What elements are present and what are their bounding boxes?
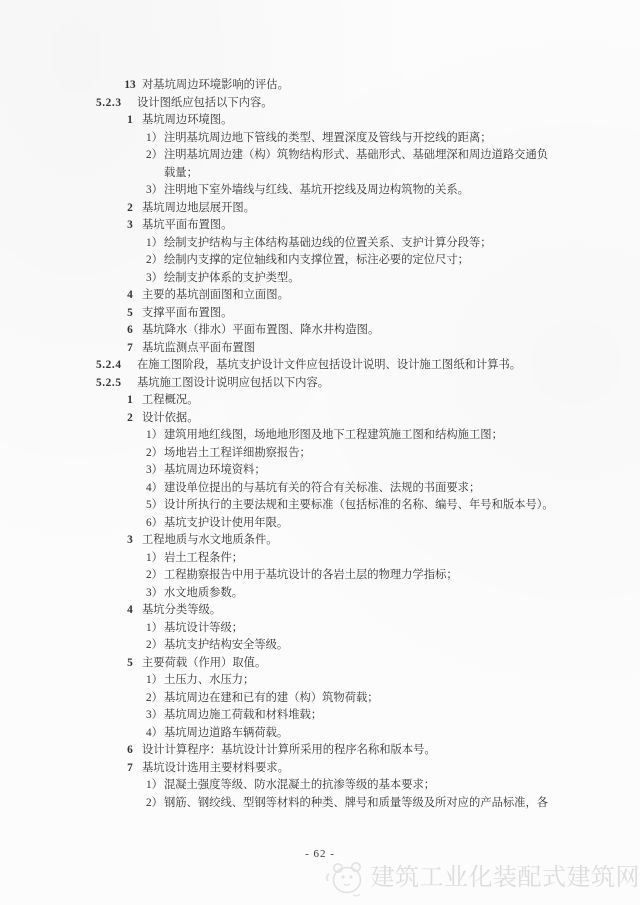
line-text: 绘制支护体系的支护类型。 bbox=[164, 270, 300, 288]
line-number: 2） bbox=[146, 637, 163, 655]
line-number: 3） bbox=[146, 270, 163, 288]
item-line: 7基坑监测点平面布置图 bbox=[96, 340, 556, 358]
line-text: 基坑平面布置图。 bbox=[142, 217, 232, 235]
line-number: 2 bbox=[122, 410, 138, 428]
line-number: 3） bbox=[146, 462, 163, 480]
line-number: 1） bbox=[146, 550, 163, 568]
line-number: 2） bbox=[146, 795, 163, 813]
line-number: 5 bbox=[122, 305, 138, 323]
sub-line: 2）钢筋、钢绞线、型钢等材料的种类、牌号和质量等级及所对应的产品标准，各 bbox=[96, 795, 556, 813]
sub-line: 3）注明地下室外墙线与红线、基坑开挖线及周边构筑物的关系。 bbox=[96, 182, 556, 200]
clause-line: 5.2.4在施工图阶段，基坑支护设计文件应包括设计说明、设计施工图纸和计算书。 bbox=[96, 357, 556, 375]
sub-line: 1）建筑用地红线图，场地地形图及地下工程建筑施工图和结构施工图； bbox=[96, 427, 556, 445]
item-line: 1基坑周边环境图。 bbox=[96, 112, 556, 130]
watermark-text: 建筑工业化装配式建筑网 bbox=[371, 856, 640, 900]
line-text: 基坑周边在建和已有的建（构）筑物荷载； bbox=[164, 690, 379, 708]
line-text: 注明基坑周边地下管线的类型、埋置深度及管线与开挖线的距离； bbox=[164, 130, 492, 148]
item-line: 5主要荷载（作用）取值。 bbox=[96, 655, 556, 673]
line-text: 基坑支护设计使用年限。 bbox=[164, 515, 288, 533]
line-number: 5） bbox=[146, 497, 163, 515]
sub-line: 1）混凝土强度等级、防水混凝土的抗渗等级的基本要求； bbox=[96, 777, 556, 795]
line-text: 主要的基坑剖面图和立面图。 bbox=[142, 287, 289, 305]
line-text: 基坑支护结构安全等级。 bbox=[164, 637, 288, 655]
line-number: 6） bbox=[146, 515, 163, 533]
line-text: 基坑设计等级； bbox=[164, 620, 243, 638]
sub-line: 3）水文地质参数。 bbox=[96, 585, 556, 603]
item-line: 6设计计算程序：基坑设计计算所采用的程序名称和版本号。 bbox=[96, 742, 556, 760]
line-number: 3） bbox=[146, 707, 163, 725]
item-line: 1工程概况。 bbox=[96, 392, 556, 410]
line-text: 基坑降水（排水）平面布置图、降水井构造图。 bbox=[142, 322, 379, 340]
item-line: 3基坑平面布置图。 bbox=[96, 217, 556, 235]
line-text: 建筑用地红线图，场地地形图及地下工程建筑施工图和结构施工图； bbox=[164, 427, 503, 445]
line-number: 2） bbox=[146, 567, 163, 585]
line-text: 绘制支护结构与主体结构基础边线的位置关系、支护计算分段等； bbox=[164, 235, 492, 253]
line-number: 1） bbox=[146, 130, 163, 148]
line-number: 2） bbox=[146, 252, 163, 270]
line-text: 在施工图阶段，基坑支护设计文件应包括设计说明、设计施工图纸和计算书。 bbox=[137, 357, 521, 375]
line-number: 3 bbox=[122, 532, 138, 550]
line-number: 3 bbox=[122, 217, 138, 235]
line-text: 工程勘察报告中用于基坑设计的各岩土层的物理力学指标； bbox=[164, 567, 458, 585]
line-number: 1） bbox=[146, 620, 163, 638]
line-number: 4） bbox=[146, 725, 163, 743]
line-number: 7 bbox=[122, 760, 138, 778]
line-number: 3） bbox=[146, 585, 163, 603]
clause-line: 5.2.3设计图纸应包括以下内容。 bbox=[96, 95, 556, 113]
item-line: 6基坑降水（排水）平面布置图、降水井构造图。 bbox=[96, 322, 556, 340]
line-text: 岩土工程条件； bbox=[164, 550, 243, 568]
line-number: 1 bbox=[122, 112, 138, 130]
line-text: 设计所执行的主要法规和主要标准（包括标准的名称、编号、年号和版本号）。 bbox=[164, 497, 554, 515]
line-number: 4 bbox=[122, 287, 138, 305]
line-text: 土压力、水压力； bbox=[164, 672, 254, 690]
sub-line: 1）绘制支护结构与主体结构基础边线的位置关系、支护计算分段等； bbox=[96, 235, 556, 253]
line-text: 工程地质与水文地质条件。 bbox=[142, 532, 278, 550]
line-number: 2） bbox=[146, 690, 163, 708]
line-number: 6 bbox=[122, 742, 138, 760]
line-text: 支撑平面布置图。 bbox=[142, 305, 232, 323]
line-number: 2 bbox=[122, 200, 138, 218]
line-text: 基坑周边地层展开图。 bbox=[142, 200, 255, 218]
line-number: 2） bbox=[146, 147, 163, 165]
line-number: 1） bbox=[146, 427, 163, 445]
document-page: 13对基坑周边环境影响的评估。5.2.3设计图纸应包括以下内容。1基坑周边环境图… bbox=[0, 0, 640, 905]
line-text: 对基坑周边环境影响的评估。 bbox=[142, 77, 289, 95]
sub-line: 5）设计所执行的主要法规和主要标准（包括标准的名称、编号、年号和版本号）。 bbox=[96, 497, 556, 515]
line-number: 1） bbox=[146, 235, 163, 253]
line-text: 基坑周边道路车辆荷载。 bbox=[164, 725, 288, 743]
item-line: 13对基坑周边环境影响的评估。 bbox=[96, 77, 556, 95]
line-text: 基坑监测点平面布置图 bbox=[142, 340, 255, 358]
line-text: 绘制内支撑的定位轴线和内支撑位置，标注必要的定位尺寸； bbox=[164, 252, 469, 270]
watermark: 建筑工业化装配式建筑网 bbox=[323, 856, 640, 900]
line-number: 1） bbox=[146, 672, 163, 690]
mascot-face-icon bbox=[323, 856, 369, 900]
line-number: 13 bbox=[122, 77, 138, 95]
sub-line: 2）基坑周边在建和已有的建（构）筑物荷载； bbox=[96, 690, 556, 708]
sub-line: 4）建设单位提出的与基坑有关的符合有关标准、法规的书面要求； bbox=[96, 480, 556, 498]
line-number: 6 bbox=[122, 322, 138, 340]
document-body: 13对基坑周边环境影响的评估。5.2.3设计图纸应包括以下内容。1基坑周边环境图… bbox=[96, 77, 556, 812]
line-number: 5.2.5 bbox=[96, 375, 137, 393]
item-line: 4主要的基坑剖面图和立面图。 bbox=[96, 287, 556, 305]
line-text: 主要荷载（作用）取值。 bbox=[142, 655, 266, 673]
item-line: 3工程地质与水文地质条件。 bbox=[96, 532, 556, 550]
line-text: 基坑周边施工荷载和材料堆载； bbox=[164, 707, 322, 725]
item-line: 4基坑分类等级。 bbox=[96, 602, 556, 620]
line-text: 基坑周边环境资料； bbox=[164, 462, 266, 480]
line-text: 注明地下室外墙线与红线、基坑开挖线及周边构筑物的关系。 bbox=[164, 182, 469, 200]
line-text: 基坑周边环境图。 bbox=[142, 112, 232, 130]
item-line: 2基坑周边地层展开图。 bbox=[96, 200, 556, 218]
line-text: 设计图纸应包括以下内容。 bbox=[137, 95, 273, 113]
sub-line: 6）基坑支护设计使用年限。 bbox=[96, 515, 556, 533]
item-line: 5支撑平面布置图。 bbox=[96, 305, 556, 323]
line-text: 基坑分类等级。 bbox=[142, 602, 221, 620]
line-text: 设计计算程序：基坑设计计算所采用的程序名称和版本号。 bbox=[142, 742, 436, 760]
line-number: 5 bbox=[122, 655, 138, 673]
line-number: 5.2.3 bbox=[96, 95, 137, 113]
clause-line: 5.2.5基坑施工图设计说明应包括以下内容。 bbox=[96, 375, 556, 393]
item-line: 2设计依据。 bbox=[96, 410, 556, 428]
line-number: 3） bbox=[146, 182, 163, 200]
sub-line: 2）绘制内支撑的定位轴线和内支撑位置，标注必要的定位尺寸； bbox=[96, 252, 556, 270]
sub-line: 3）基坑周边施工荷载和材料堆载； bbox=[96, 707, 556, 725]
line-text: 基坑设计选用主要材料要求。 bbox=[142, 760, 289, 778]
sub-line: 2）场地岩土工程详细勘察报告； bbox=[96, 445, 556, 463]
line-text: 工程概况。 bbox=[142, 392, 199, 410]
line-text: 载量； bbox=[164, 165, 198, 183]
line-number: 1 bbox=[122, 392, 138, 410]
item-line: 7基坑设计选用主要材料要求。 bbox=[96, 760, 556, 778]
line-text: 混凝土强度等级、防水混凝土的抗渗等级的基本要求； bbox=[164, 777, 435, 795]
line-text: 基坑施工图设计说明应包括以下内容。 bbox=[137, 375, 329, 393]
sub-line: 4）基坑周边道路车辆荷载。 bbox=[96, 725, 556, 743]
sub-line: 2）注明基坑周边建（构）筑物结构形式、基础形式、基础埋深和周边道路交通负 bbox=[96, 147, 556, 165]
sub-line: 2）工程勘察报告中用于基坑设计的各岩土层的物理力学指标； bbox=[96, 567, 556, 585]
line-number: 4 bbox=[122, 602, 138, 620]
line-number: 4） bbox=[146, 480, 163, 498]
sub-line: 3）基坑周边环境资料； bbox=[96, 462, 556, 480]
line-text: 注明基坑周边建（构）筑物结构形式、基础形式、基础埋深和周边道路交通负 bbox=[164, 147, 548, 165]
sub-line: 2）基坑支护结构安全等级。 bbox=[96, 637, 556, 655]
line-number: 5.2.4 bbox=[96, 357, 137, 375]
line-text: 场地岩土工程详细勘察报告； bbox=[164, 445, 311, 463]
sub-line: 1）土压力、水压力； bbox=[96, 672, 556, 690]
line-text: 水文地质参数。 bbox=[164, 585, 243, 603]
sub-line: 1）岩土工程条件； bbox=[96, 550, 556, 568]
sub-line: 1）注明基坑周边地下管线的类型、埋置深度及管线与开挖线的距离； bbox=[96, 130, 556, 148]
line-number: 1） bbox=[146, 777, 163, 795]
cont-line: 载量； bbox=[96, 165, 556, 183]
line-number: 7 bbox=[122, 340, 138, 358]
line-text: 钢筋、钢绞线、型钢等材料的种类、牌号和质量等级及所对应的产品标准，各 bbox=[164, 795, 548, 813]
sub-line: 3）绘制支护体系的支护类型。 bbox=[96, 270, 556, 288]
line-text: 设计依据。 bbox=[142, 410, 199, 428]
line-text: 建设单位提出的与基坑有关的符合有关标准、法规的书面要求； bbox=[164, 480, 480, 498]
line-number: 2） bbox=[146, 445, 163, 463]
sub-line: 1）基坑设计等级； bbox=[96, 620, 556, 638]
